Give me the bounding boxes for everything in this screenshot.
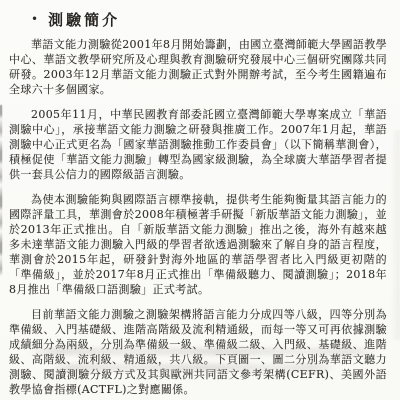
paragraph-committee: 2005年11月，中華民國教育部委託國立臺灣師範大學專案成立「華語測驗中心」，承… <box>9 107 387 182</box>
paragraph-new-version: 為使本測驗能夠與國際語言標準接軌，提供考生能夠衡量其語言能力的國際評量工具，華測… <box>9 192 387 297</box>
bullet-icon: • <box>31 12 38 26</box>
document-body: 華語文能力測驗從2001年8月開始籌劃，由國立臺灣師範大學國語教學中心、華語文教… <box>9 37 387 397</box>
scan-edge-artifact <box>0 105 2 275</box>
paragraph-levels: 目前華語文能力測驗之測驗架構將語言能力分成四等八級，四等分別為準備級、入門基礎級… <box>9 307 387 397</box>
section-title: • 測驗簡介 <box>31 9 387 30</box>
document-page: • 測驗簡介 華語文能力測驗從2001年8月開始籌劃，由國立臺灣師範大學國語教學… <box>0 0 400 400</box>
paragraph-history: 華語文能力測驗從2001年8月開始籌劃，由國立臺灣師範大學國語教學中心、華語文教… <box>9 37 387 97</box>
scan-shading-artifact <box>390 130 400 340</box>
section-title-text: 測驗簡介 <box>48 9 120 30</box>
